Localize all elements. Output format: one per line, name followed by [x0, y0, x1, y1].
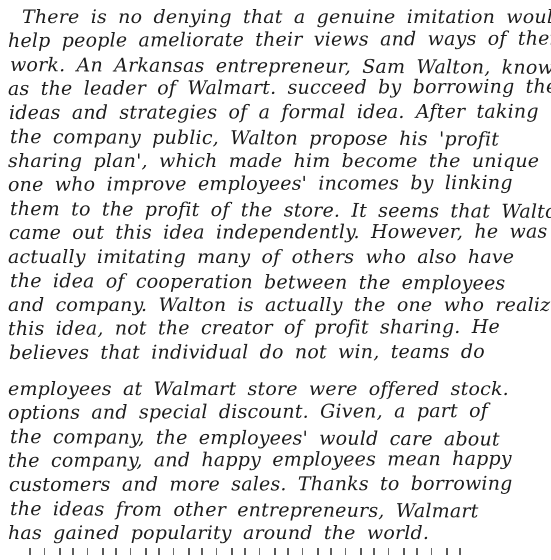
handwritten-line: customers and more sales. Thanks to borr…: [9, 472, 549, 497]
handwritten-line: as the leader of Walmart. succeed by bor…: [8, 75, 549, 101]
handwritten-line: believes that individual do not win, tea…: [9, 340, 549, 365]
handwritten-line: the ideas from other entrepreneurs, Walm…: [10, 497, 549, 524]
handwritten-line: options and special discount. Given, a p…: [8, 399, 549, 425]
paragraph-1: There is no denying that a genuine imita…: [8, 5, 549, 365]
handwritten-line: sharing plan', which made him become the…: [8, 149, 549, 173]
handwritten-line: and company. Walton is actually the one …: [8, 293, 549, 317]
handwritten-line: came out this idea independently. Howeve…: [9, 220, 549, 245]
handwritten-line: There is no denying that a genuine imita…: [8, 5, 549, 29]
handwritten-line: actually imitating many of others who al…: [8, 245, 549, 269]
handwritten-page: There is no denying that a genuine imita…: [0, 0, 551, 555]
handwritten-line: one who improve employees' incomes by li…: [8, 171, 549, 197]
handwritten-line: ideas and strategies of a formal idea. A…: [9, 100, 549, 125]
handwritten-line: employees at Walmart store were offered …: [8, 377, 549, 401]
handwritten-line: help people ameliorate their views and w…: [8, 27, 549, 53]
handwritten-line: the company public, Walton propose his '…: [10, 125, 549, 152]
handwritten-line: the idea of cooperation between the empl…: [10, 269, 549, 296]
handwritten-line: has gained popularity around the world.: [8, 521, 549, 545]
paragraph-2: employees at Walmart store were offered …: [8, 377, 549, 545]
handwritten-line: the company, and happy employees mean ha…: [8, 447, 549, 473]
cutoff-line-marks: [18, 548, 462, 555]
handwritten-line: this idea, not the creator of profit sha…: [8, 315, 549, 341]
